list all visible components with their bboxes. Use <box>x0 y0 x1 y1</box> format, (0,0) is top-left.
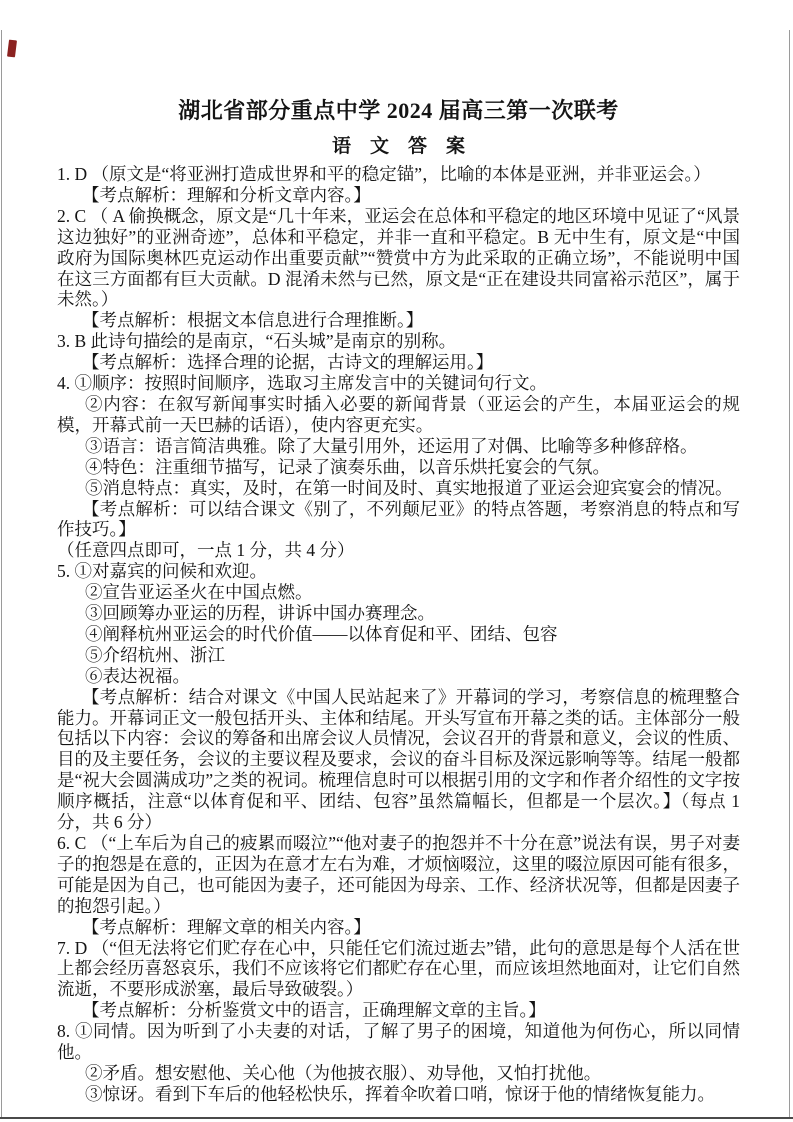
answer-paragraph: 3. B 此诗句描绘的是南京，“石头城”是南京的别称。 <box>57 331 740 352</box>
answer-paragraph: ③惊讶。看到下车后的他轻松快乐，挥着伞吹着口哨，惊讶于他的情绪恢复能力。 <box>57 1084 740 1105</box>
answer-paragraph: ⑤介绍杭州、浙江 <box>57 645 740 666</box>
answer-paragraph: 7. D （“但无法将它们贮存在心中，只能任它们流过逝去”错，此句的意思是每个人… <box>57 938 740 1001</box>
answer-paragraph: 4. ①顺序：按照时间顺序，选取习主席发言中的关键词句行文。 <box>57 373 740 394</box>
answer-paragraph: ②宣告亚运圣火在中国点燃。 <box>57 582 740 603</box>
answer-paragraph: 【考点解析：可以结合课文《别了，不列颠尼亚》的特点答题，考察消息的特点和写作技巧… <box>57 499 740 541</box>
answer-paragraph: ④特色：注重细节描写，记录了演奏乐曲，以音乐烘托宴会的气氛。 <box>57 457 740 478</box>
page-title: 湖北省部分重点中学 2024 届高三第一次联考 <box>57 96 740 126</box>
answer-paragraph: ③回顾筹办亚运的历程，讲诉中国办赛理念。 <box>57 603 740 624</box>
answer-paragraph: 6. C （“上车后为自己的疲累而啜泣”“他对妻子的抱怨并不十分在意”说法有误，… <box>57 833 740 917</box>
answer-paragraph: 【考点解析：理解和分析文章内容。】 <box>57 185 740 206</box>
answer-paragraph: ②矛盾。想安慰他、关心他（为他披衣服）、劝导他，又怕打扰他。 <box>57 1063 740 1084</box>
answer-paragraph: 【考点解析：分析鉴赏文中的语言，正确理解文章的主旨。】 <box>57 1000 740 1021</box>
answer-paragraph: ②内容：在叙写新闻事实时插入必要的新闻背景（亚运会的产生，本届亚运会的规模，开幕… <box>57 394 740 436</box>
answer-paragraph: 【考点解析：选择合理的论据，古诗文的理解运用。】 <box>57 352 740 373</box>
answer-paragraph: ⑤消息特点：真实，及时，在第一时间及时、真实地报道了亚运会迎宾宴会的情况。 <box>57 478 740 499</box>
answer-paragraph: 8. ①同情。因为听到了小夫妻的对话，了解了男子的困境，知道他为何伤心，所以同情… <box>57 1021 740 1063</box>
answer-paragraph: 【考点解析：结合对课文《中国人民站起来了》开幕词的学习，考察信息的梳理整合能力。… <box>57 687 740 833</box>
red-ink-mark <box>7 40 17 58</box>
page-border-right <box>789 30 790 1118</box>
answer-paragraph: 2. C （ A 偷换概念，原文是“几十年来，亚运会在总体和平稳定的地区环境中见… <box>57 206 740 311</box>
answer-paragraph: 【考点解析：理解文章的相关内容。】 <box>57 917 740 938</box>
answer-paragraph: ④阐释杭州亚运会的时代价值——以体育促和平、团结、包容 <box>57 624 740 645</box>
page-border-bottom <box>0 1117 793 1119</box>
answer-paragraph: ⑥表达祝福。 <box>57 666 740 687</box>
document-page: 湖北省部分重点中学 2024 届高三第一次联考 语 文 答 案 1. D （原文… <box>57 96 740 1105</box>
page-subtitle: 语 文 答 案 <box>57 135 740 159</box>
page-border-left <box>1 30 2 1118</box>
answer-paragraph: （任意四点即可，一点 1 分，共 4 分） <box>57 540 740 561</box>
answer-paragraph: 1. D （原文是“将亚洲打造成世界和平的稳定锚”，比喻的本体是亚洲，并非亚运会… <box>57 164 740 185</box>
answer-paragraph: 【考点解析：根据文本信息进行合理推断。】 <box>57 310 740 331</box>
answer-list: 1. D （原文是“将亚洲打造成世界和平的稳定锚”，比喻的本体是亚洲，并非亚运会… <box>57 164 740 1105</box>
answer-paragraph: 5. ①对嘉宾的问候和欢迎。 <box>57 561 740 582</box>
answer-paragraph: ③语言：语言简洁典雅。除了大量引用外，还运用了对偶、比喻等多种修辞格。 <box>57 436 740 457</box>
